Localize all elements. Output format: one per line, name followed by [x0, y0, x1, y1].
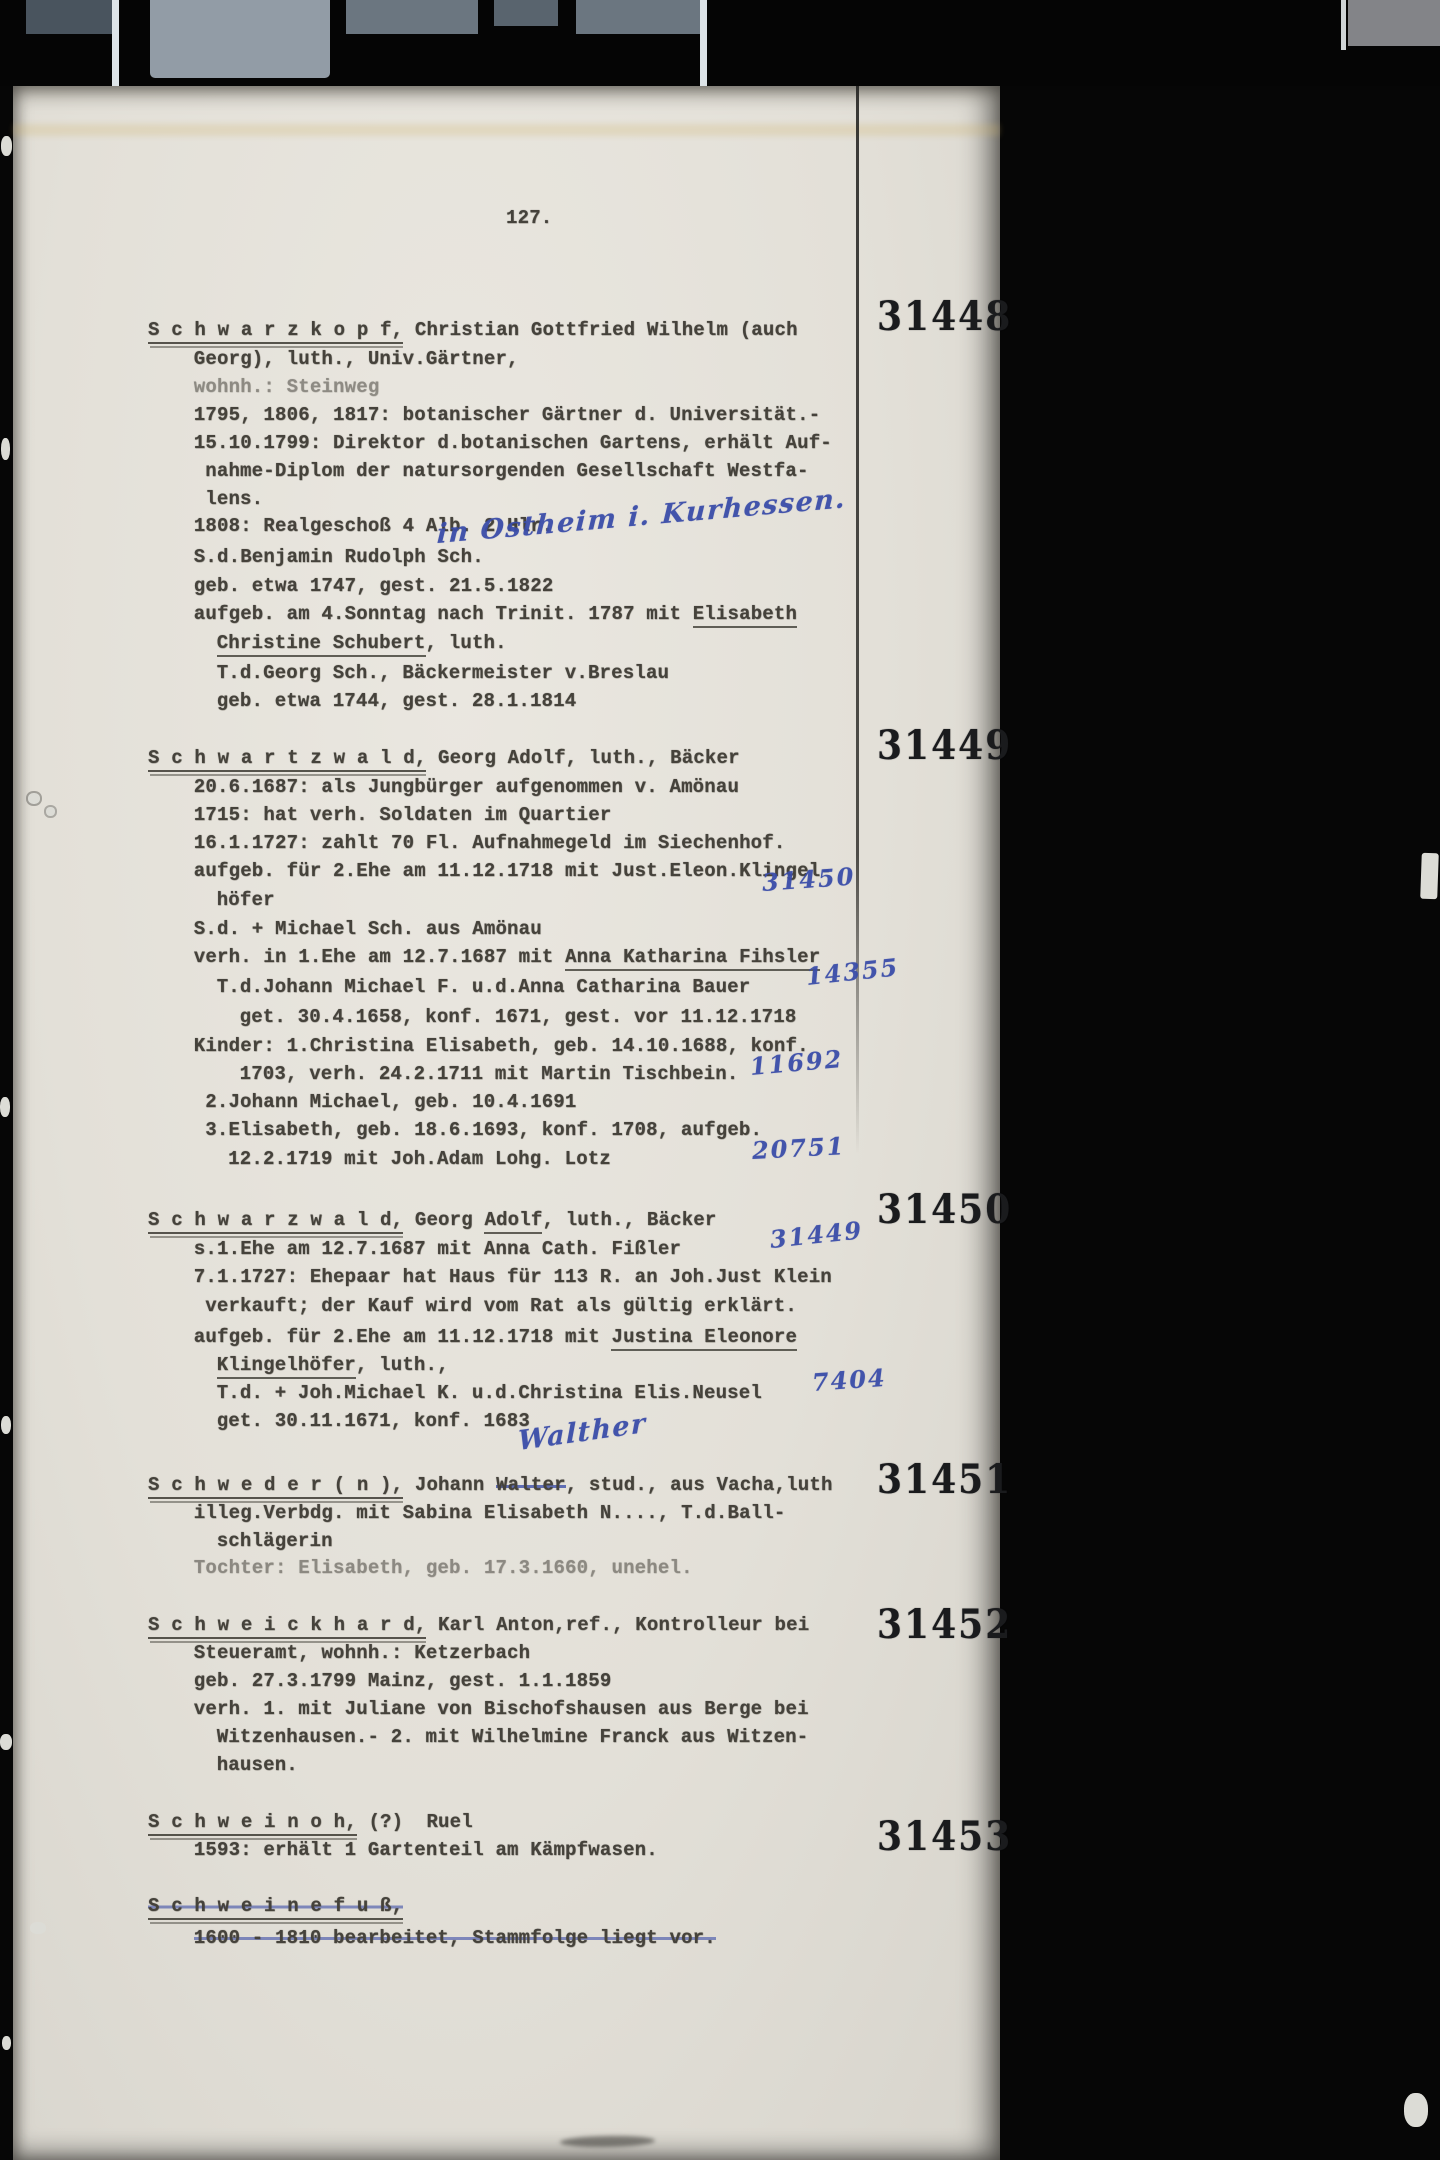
text-segment: (?) Ruel [357, 1811, 473, 1833]
text-segment: S c h w a r t z w a l d, [148, 747, 426, 772]
text-line: verh. in 1.Ehe am 12.7.1687 mit Anna Kat… [194, 943, 821, 971]
text-line: Steueramt, wohnh.: Ketzerbach [194, 1639, 530, 1667]
text-segment: Georg Adolf, luth., Bäcker [426, 747, 739, 769]
text-segment: aufgeb. am 4.Sonntag nach Trinit. 1787 m… [194, 603, 693, 625]
text-line: aufgeb. für 2.Ehe am 11.12.1718 mit Just… [194, 1323, 797, 1351]
text-segment: 1795, 1806, 1817: botanischer Gärtner d.… [194, 404, 821, 426]
film-frame-mark [494, 0, 558, 26]
register-number: 31452 [877, 1601, 1012, 1648]
text-line: Kinder: 1.Christina Elisabeth, geb. 14.1… [194, 1032, 809, 1060]
column-separator-line [856, 86, 859, 1154]
text-segment: get. 30.4.1658, konf. 1671, gest. vor 11… [240, 1006, 797, 1028]
text-segment: Klingelhöfer [217, 1354, 356, 1379]
handwritten-annotation: 7404 [811, 1363, 888, 1397]
text-segment: Christine Schubert [217, 632, 426, 657]
text-line: 16.1.1727: zahlt 70 Fl. Aufnahmegeld im … [194, 829, 786, 857]
text-segment: Georg [403, 1209, 484, 1231]
text-segment: illeg.Verbdg. mit Sabina Elisabeth N....… [194, 1502, 786, 1524]
text-line: get. 30.11.1671, konf. 1683 [217, 1407, 530, 1435]
text-segment: S c h w a r z w a l d, [148, 1209, 403, 1234]
text-line: 15.10.1799: Direktor d.botanischen Garte… [194, 429, 832, 457]
text-line: geb. etwa 1747, gest. 21.5.1822 [194, 572, 554, 600]
text-segment: Tochter: Elisabeth, geb. 17.3.1660, uneh… [194, 1557, 693, 1579]
text-segment: wohnh.: Steinweg [194, 376, 380, 398]
text-segment: 16.1.1727: zahlt 70 Fl. Aufnahmegeld im … [194, 832, 786, 854]
microfilm-document-scan: 127. S c h w a r z k o p f, Christian Go… [0, 0, 1440, 2160]
text-segment: geb. 27.3.1799 Mainz, gest. 1.1.1859 [194, 1670, 612, 1692]
text-segment: geb. etwa 1744, gest. 28.1.1814 [217, 690, 577, 712]
text-segment: Anna Katharina Fihsler [565, 946, 820, 971]
text-segment: s.1.Ehe am 12.7.1687 mit Anna Cath. Fißl… [194, 1238, 681, 1260]
text-line: 7.1.1727: Ehepaar hat Haus für 113 R. an… [194, 1263, 832, 1291]
film-divider-line [1341, 0, 1346, 50]
text-segment: 1715: hat verh. Soldaten im Quartier [194, 804, 612, 826]
text-segment: , luth., [356, 1354, 449, 1376]
text-line: aufgeb. am 4.Sonntag nach Trinit. 1787 m… [194, 600, 797, 628]
punch-hole [46, 807, 55, 816]
text-segment: hausen. [217, 1754, 298, 1776]
text-segment: 3.Elisabeth, geb. 18.6.1693, konf. 1708,… [205, 1119, 762, 1141]
punch-hole [30, 1922, 46, 1934]
text-line: Tochter: Elisabeth, geb. 17.3.1660, uneh… [194, 1554, 693, 1582]
register-number: 31449 [877, 722, 1012, 769]
text-line: 20.6.1687: als Jungbürger aufgenommen v.… [194, 773, 739, 801]
sprocket-mark [1, 438, 10, 460]
text-line: T.d.Johann Michael F. u.d.Anna Catharina… [217, 973, 751, 1001]
sprocket-mark [1420, 853, 1439, 900]
register-number: 31451 [877, 1456, 1012, 1503]
text-segment: 20.6.1687: als Jungbürger aufgenommen v.… [194, 776, 739, 798]
text-segment: 2.Johann Michael, geb. 10.4.1691 [205, 1091, 576, 1113]
text-line: geb. 27.3.1799 Mainz, gest. 1.1.1859 [194, 1667, 612, 1695]
text-line: S c h w e i n o h, (?) Ruel [148, 1808, 473, 1836]
text-line: S c h w a r z k o p f, Christian Gottfri… [148, 316, 798, 344]
text-segment: schlägerin [217, 1530, 333, 1552]
register-number: 31450 [877, 1186, 1012, 1233]
text-segment: lens. [205, 488, 263, 510]
text-segment: Walter [496, 1474, 566, 1496]
register-number: 31448 [877, 293, 1012, 340]
text-segment: nahme-Diplom der natursorgenden Gesellsc… [205, 460, 808, 482]
text-segment: 12.2.1719 mit Joh.Adam Lohg. Lotz [228, 1148, 611, 1170]
text-segment: S c h w e i c k h a r d, [148, 1614, 426, 1639]
text-line: geb. etwa 1744, gest. 28.1.1814 [217, 687, 577, 715]
text-segment: S c h w e i n o h, [148, 1811, 357, 1836]
text-line: S c h w e d e r ( n ), Johann Walter, st… [148, 1471, 833, 1499]
text-segment: T.d.Johann Michael F. u.d.Anna Catharina… [217, 976, 751, 998]
text-segment: Georg), luth., Univ.Gärtner, [194, 348, 519, 370]
text-segment: , luth., Bäcker [542, 1209, 716, 1231]
text-segment: höfer [217, 889, 275, 911]
text-line: S.d. + Michael Sch. aus Amönau [194, 915, 542, 943]
text-line: lens. [205, 485, 263, 513]
text-line: aufgeb. für 2.Ehe am 11.12.1718 mit Just… [194, 857, 832, 885]
text-segment: S.d. + Michael Sch. aus Amönau [194, 918, 542, 940]
punch-hole [28, 793, 40, 804]
text-segment: S c h w e i n e f u ß, [148, 1895, 403, 1920]
text-segment: Elisabeth [693, 603, 797, 628]
text-line: 1795, 1806, 1817: botanischer Gärtner d.… [194, 401, 821, 429]
text-segment: Adolf [484, 1209, 542, 1234]
film-frame-mark [26, 0, 116, 34]
text-segment: 1593: erhält 1 Gartenteil am Kämpfwasen. [194, 1839, 658, 1861]
sprocket-mark [0, 1734, 12, 1750]
text-line: S c h w a r z w a l d, Georg Adolf, luth… [148, 1206, 717, 1234]
page-number: 127. [506, 204, 552, 232]
text-line: verkauft; der Kauf wird vom Rat als gült… [205, 1292, 797, 1320]
text-segment: get. 30.11.1671, konf. 1683 [217, 1410, 530, 1432]
handwritten-annotation: 20751 [751, 1131, 846, 1165]
text-line: schlägerin [217, 1527, 333, 1555]
film-frame-mark [1348, 0, 1440, 46]
text-line: illeg.Verbdg. mit Sabina Elisabeth N....… [194, 1499, 786, 1527]
sprocket-mark [0, 1097, 10, 1117]
text-line: 2.Johann Michael, geb. 10.4.1691 [205, 1088, 576, 1116]
text-segment: T.d.Georg Sch., Bäckermeister v.Breslau [217, 662, 669, 684]
text-segment: Justina Eleonore [611, 1326, 797, 1351]
text-line: S c h w e i n e f u ß, [148, 1892, 403, 1920]
text-line: verh. 1. mit Juliane von Bischofshausen … [194, 1695, 809, 1723]
text-segment: , stud., aus Vacha,luth [566, 1474, 833, 1496]
text-line: T.d. + Joh.Michael K. u.d.Christina Elis… [217, 1379, 762, 1407]
text-line: S c h w a r t z w a l d, Georg Adolf, lu… [148, 744, 740, 772]
text-segment: Christian Gottfried Wilhelm (auch [403, 319, 797, 341]
text-line: 1593: erhält 1 Gartenteil am Kämpfwasen. [194, 1836, 658, 1864]
text-line: höfer [217, 886, 275, 914]
film-frame-mark [150, 0, 330, 78]
text-line: nahme-Diplom der natursorgenden Gesellsc… [205, 457, 808, 485]
text-segment: 7.1.1727: Ehepaar hat Haus für 113 R. an… [194, 1266, 832, 1288]
text-line: Klingelhöfer, luth., [217, 1351, 449, 1379]
text-segment: Steueramt, wohnh.: Ketzerbach [194, 1642, 530, 1664]
text-segment: 15.10.1799: Direktor d.botanischen Garte… [194, 432, 832, 454]
text-segment: verkauft; der Kauf wird vom Rat als gült… [205, 1295, 797, 1317]
sprocket-mark [1404, 2093, 1428, 2127]
text-line: 3.Elisabeth, geb. 18.6.1693, konf. 1708,… [205, 1116, 762, 1144]
text-segment: , luth. [426, 632, 507, 654]
register-number: 31453 [877, 1813, 1012, 1860]
text-segment: Kinder: 1.Christina Elisabeth, geb. 14.1… [194, 1035, 809, 1057]
scan-light-band [13, 124, 1000, 136]
text-segment: S c h w e d e r ( n ), [148, 1474, 403, 1499]
text-line: 1715: hat verh. Soldaten im Quartier [194, 801, 612, 829]
sprocket-mark [2, 2036, 11, 2050]
text-segment: aufgeb. für 2.Ehe am 11.12.1718 mit Just… [194, 860, 832, 882]
text-line: 12.2.1719 mit Joh.Adam Lohg. Lotz [228, 1145, 611, 1173]
text-segment: T.d. + Joh.Michael K. u.d.Christina Elis… [217, 1382, 762, 1404]
text-segment: geb. etwa 1747, gest. 21.5.1822 [194, 575, 554, 597]
text-segment: 1703, verh. 24.2.1711 mit Martin Tischbe… [240, 1063, 739, 1085]
text-line: S c h w e i c k h a r d, Karl Anton,ref.… [148, 1611, 809, 1639]
text-segment: Johann [403, 1474, 496, 1496]
text-line: s.1.Ehe am 12.7.1687 mit Anna Cath. Fißl… [194, 1235, 681, 1263]
text-segment: verh. in 1.Ehe am 12.7.1687 mit [194, 946, 565, 968]
text-segment: Witzenhausen.- 2. mit Wilhelmine Franck … [217, 1726, 809, 1748]
sprocket-mark [1, 1416, 11, 1434]
text-line: Georg), luth., Univ.Gärtner, [194, 345, 519, 373]
film-divider-line [112, 0, 119, 86]
text-line: Christine Schubert, luth. [217, 629, 507, 657]
text-segment: aufgeb. für 2.Ehe am 11.12.1718 mit [194, 1326, 612, 1348]
film-divider-line [700, 0, 707, 86]
text-line: 1600 - 1810 bearbeitet, Stammfolge liegt… [194, 1924, 716, 1952]
text-line: wohnh.: Steinweg [194, 373, 380, 401]
text-line: Witzenhausen.- 2. mit Wilhelmine Franck … [217, 1723, 809, 1751]
film-frame-mark [576, 0, 702, 34]
text-line: get. 30.4.1658, konf. 1671, gest. vor 11… [240, 1003, 797, 1031]
text-segment: S c h w a r z k o p f, [148, 319, 403, 344]
text-line: hausen. [217, 1751, 298, 1779]
film-strip-top [0, 0, 1440, 86]
text-segment: verh. 1. mit Juliane von Bischofshausen … [194, 1698, 809, 1720]
film-frame-mark [346, 0, 478, 34]
text-line: 1703, verh. 24.2.1711 mit Martin Tischbe… [240, 1060, 739, 1088]
text-segment: Karl Anton,ref., Kontrolleur bei [426, 1614, 809, 1636]
text-line: T.d.Georg Sch., Bäckermeister v.Breslau [217, 659, 669, 687]
sprocket-mark [1, 136, 12, 156]
text-segment: 1600 - 1810 bearbeitet, Stammfolge liegt… [194, 1927, 716, 1949]
